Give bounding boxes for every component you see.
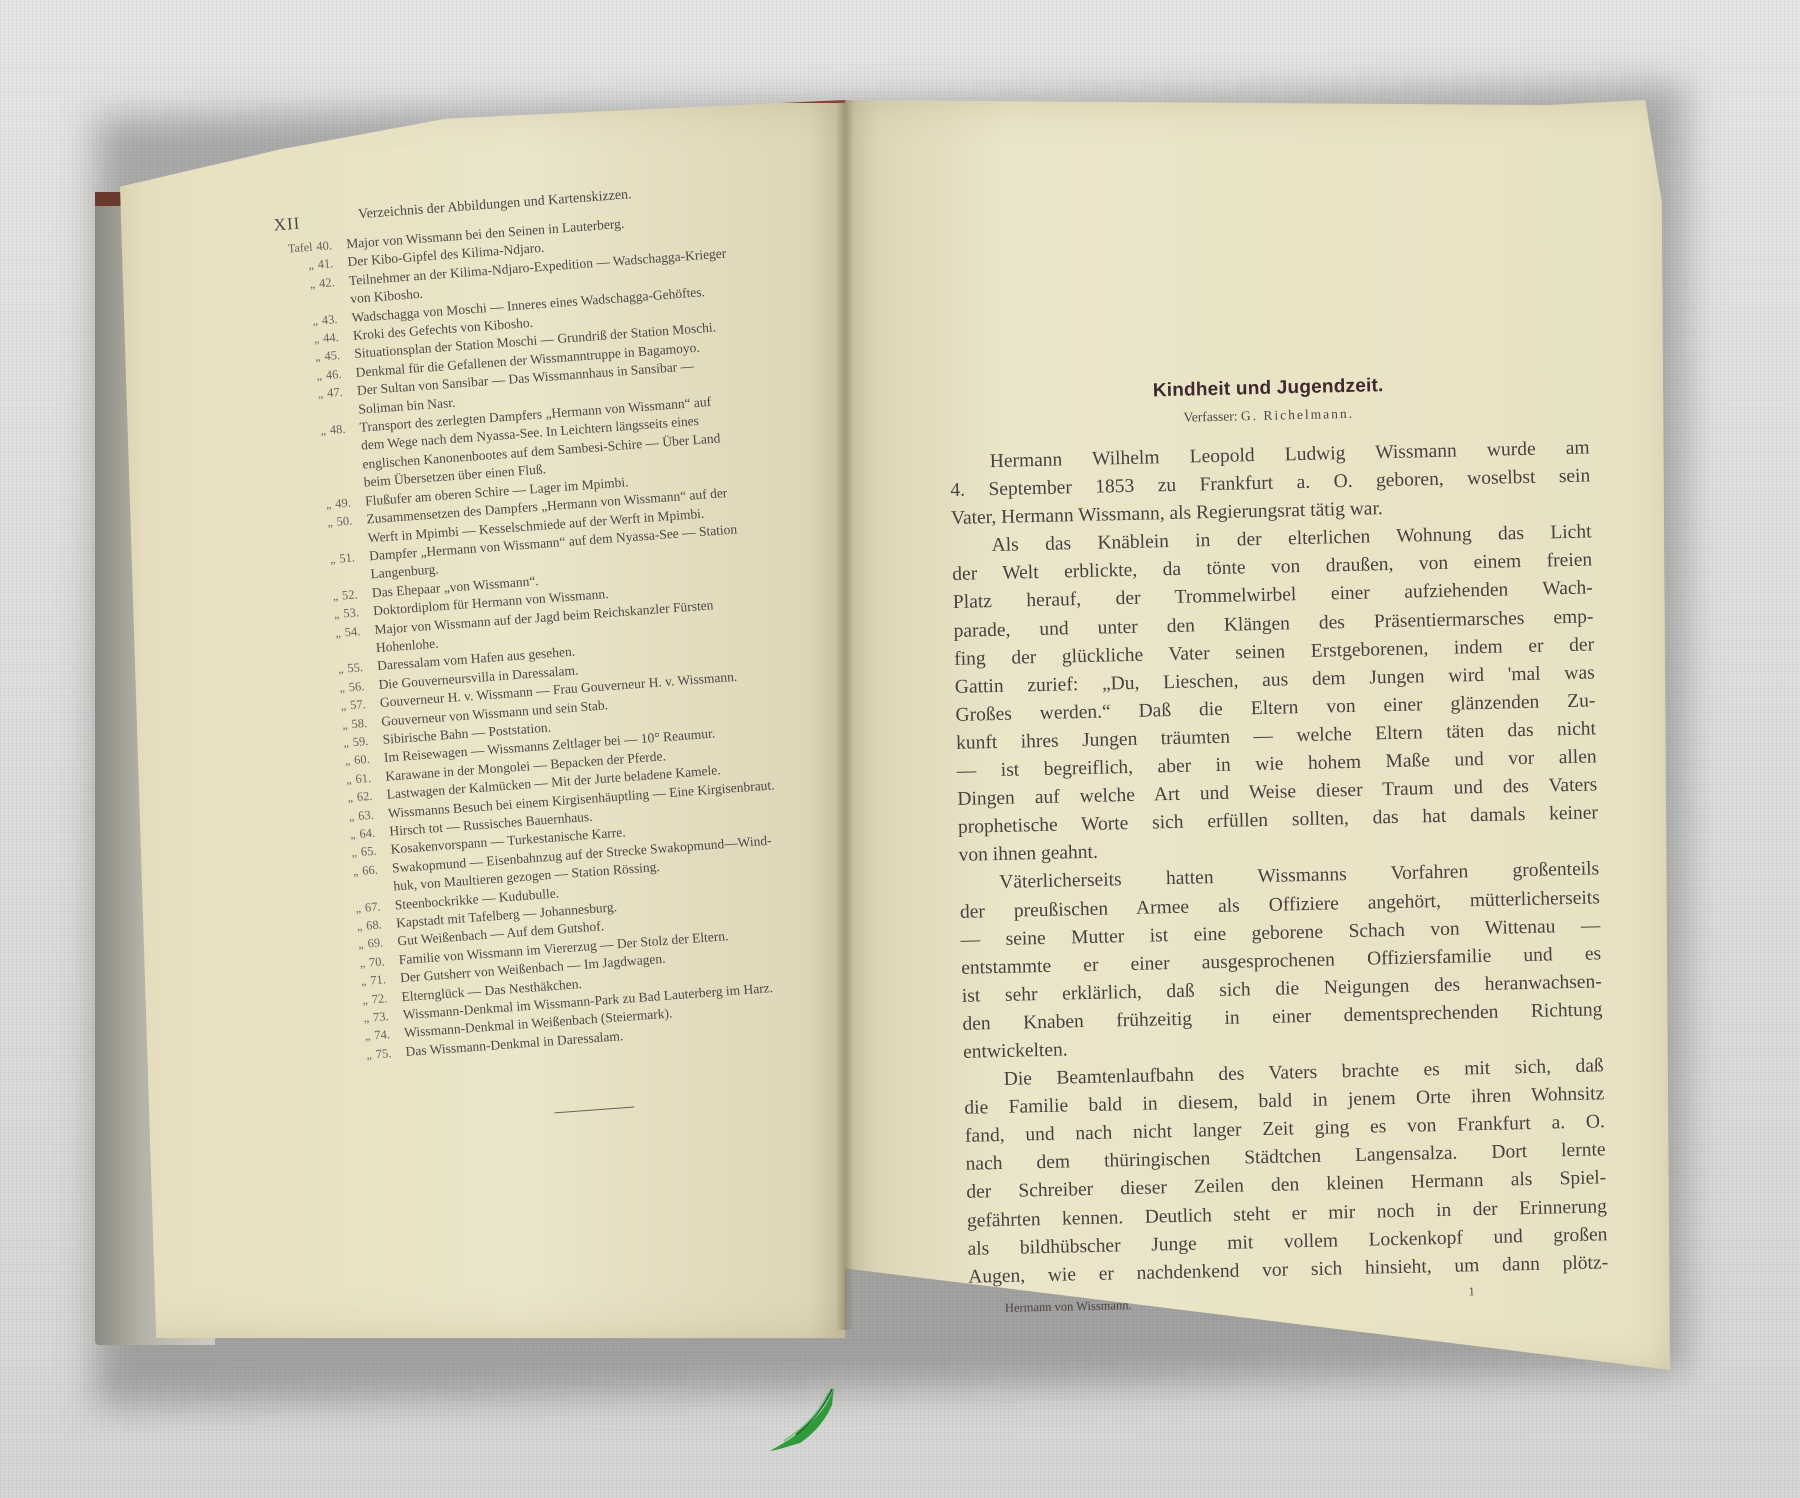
entry-number: 60. [353, 749, 384, 770]
entry-number: 43. [321, 309, 352, 330]
entry-number: 69. [367, 933, 398, 954]
author-name: G. Richelmann. [1241, 406, 1354, 424]
entry-number: 75. [375, 1043, 406, 1064]
entry-number: 41. [317, 254, 348, 275]
entry-number: 42. [318, 272, 349, 293]
entry-number: 55. [347, 657, 378, 678]
entry-number: 74. [374, 1025, 405, 1046]
entry-number: 66. [362, 859, 393, 880]
paragraph: Hermann Wilhelm Leopold Ludwig Wissmann … [949, 434, 1591, 533]
entry-number: 72. [371, 988, 402, 1009]
paragraph: Väterlicherseits hatten Wissmanns Vorfah… [959, 856, 1603, 1067]
entry-prefix: „ [298, 623, 345, 645]
entry-number: 46. [325, 364, 356, 385]
entry-number: 45. [324, 345, 355, 366]
entry-prefix: „ [273, 274, 320, 296]
author-line: Verfasser: G. Richelmann. [949, 400, 1589, 431]
left-page-content: XII Verzeichnis der Abbildungen und Kart… [265, 135, 874, 1129]
entry-number: 47. [326, 382, 357, 403]
paragraph: Als das Knäblein in der elterlichen Wohn… [951, 519, 1598, 871]
right-page-content: Kindheit und Jugendzeit. Verfasser: G. R… [948, 370, 1609, 1315]
paragraph: Die Beamtenlaufbahn des Vaters brachte e… [963, 1052, 1608, 1291]
entry-prefix: „ [293, 550, 340, 572]
entry-number: 62. [356, 786, 387, 807]
entry-prefix: „ [281, 384, 328, 406]
entry-number: 53. [343, 602, 374, 623]
entry-number: 50. [336, 511, 367, 532]
entry-prefix: „ [316, 862, 363, 884]
entry-number: 57. [349, 694, 380, 715]
illustration-list: Tafel40.Major von Wissmann bei den Seine… [270, 201, 869, 1067]
entry-number: 70. [368, 951, 399, 972]
entry-number: 52. [341, 584, 372, 605]
entry-number: 56. [348, 676, 379, 697]
entry-number: 68. [366, 914, 397, 935]
entry-number: 48. [329, 419, 360, 440]
entry-prefix: „ [290, 513, 337, 535]
entry-number: 65. [360, 841, 391, 862]
entry-number: 63. [357, 804, 388, 825]
entry-number: 71. [370, 970, 401, 991]
entry-number: 67. [364, 896, 395, 917]
entry-number: 61. [355, 768, 386, 789]
entry-number: 54. [344, 621, 375, 642]
page-number: XII [273, 215, 301, 235]
entry-number: 64. [359, 823, 390, 844]
entry-prefix: „ [329, 1045, 376, 1067]
chapter-body: Hermann Wilhelm Leopold Ludwig Wissmann … [949, 434, 1608, 1291]
footer-signature: Hermann von Wissmann. [1005, 1298, 1132, 1316]
entry-number: 51. [339, 547, 370, 568]
entry-number: 49. [335, 492, 366, 513]
author-label: Verfasser: [1183, 408, 1237, 424]
entry-number: 59. [352, 731, 383, 752]
entry-number: 44. [322, 327, 353, 348]
sheet-number: 1 [1469, 1284, 1475, 1299]
entry-prefix: „ [283, 421, 330, 443]
entry-number: 58. [351, 713, 382, 734]
entry-number: 73. [372, 1006, 403, 1027]
entry-number: 40. [316, 235, 347, 256]
bookmark-ribbon-icon[interactable] [762, 1385, 852, 1475]
